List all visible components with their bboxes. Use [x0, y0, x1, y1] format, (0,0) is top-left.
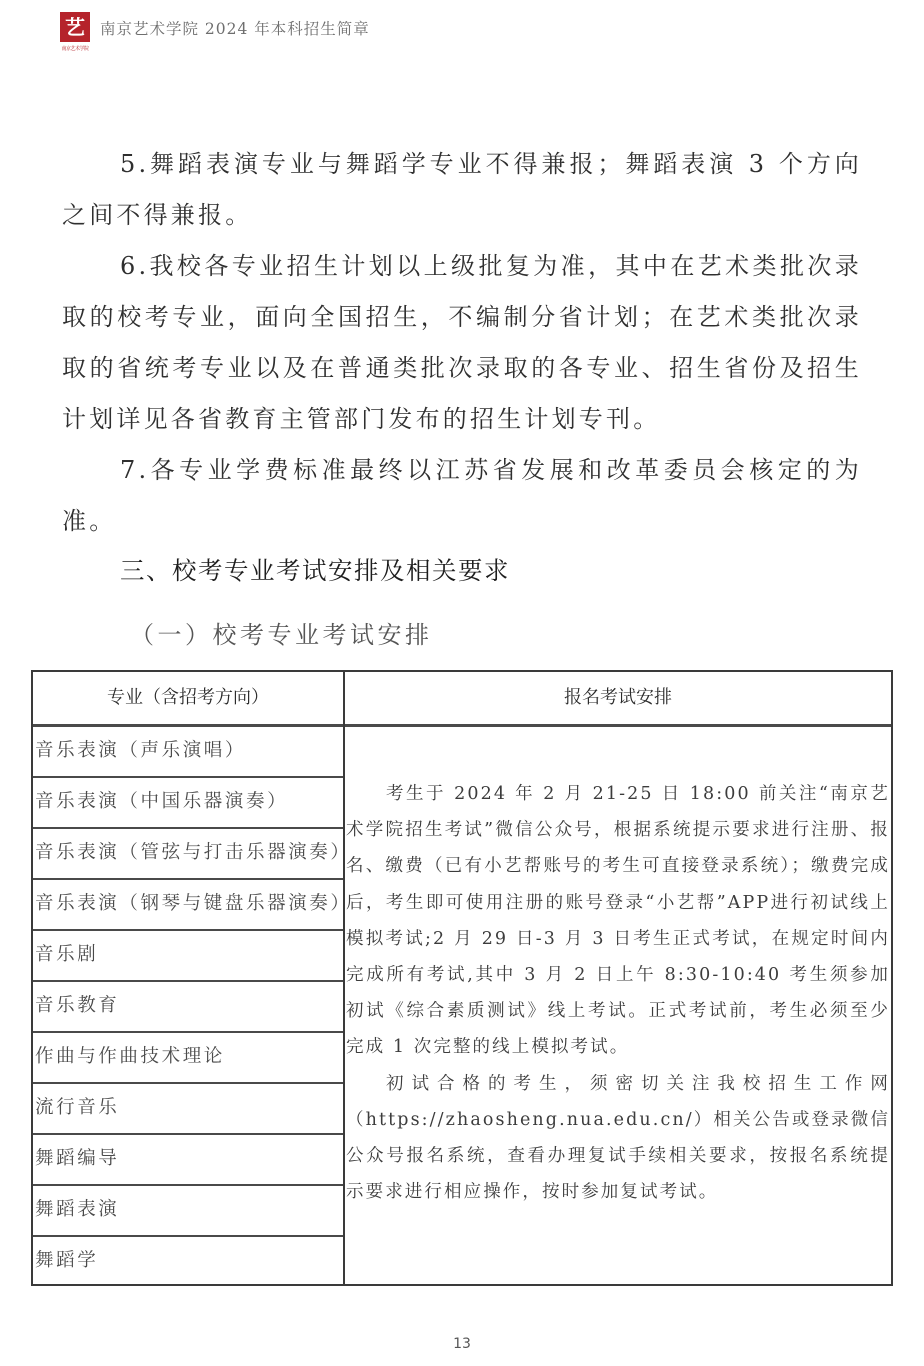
university-logo: 艺 南京艺术学院	[58, 12, 92, 54]
table-row: 音乐表演（管弦与打击乐器演奏）	[33, 829, 343, 880]
section-heading: 三、校考专业考试安排及相关要求	[120, 547, 510, 595]
exam-arrangement-cell: 考生于 2024 年 2 月 21-25 日 18:00 前关注“南京艺术学院招…	[346, 776, 890, 1210]
logo-caption: 南京艺术学院	[58, 45, 92, 53]
table-row: 音乐表演（声乐演唱）	[33, 727, 343, 778]
page-header: 艺 南京艺术学院 南京艺术学院 2024 年本科招生简章	[58, 12, 370, 54]
column-header-arrangement: 报名考试安排	[345, 672, 891, 724]
table-header-row: 专业（含招考方向） 报名考试安排	[33, 672, 891, 727]
arrangement-paragraph-registration: 考生于 2024 年 2 月 21-25 日 18:00 前关注“南京艺术学院招…	[346, 776, 890, 1066]
table-row: 作曲与作曲技术理论	[33, 1033, 343, 1084]
page-number: 13	[0, 1336, 924, 1352]
table-row: 舞蹈编导	[33, 1135, 343, 1186]
table-row: 音乐表演（中国乐器演奏）	[33, 778, 343, 829]
exam-schedule-table: 专业（含招考方向） 报名考试安排 音乐表演（声乐演唱） 音乐表演（中国乐器演奏）…	[31, 670, 893, 1286]
column-divider	[343, 672, 345, 1284]
paragraph-item-6: 6.我校各专业招生计划以上级批复为准，其中在艺术类批次录取的校考专业，面向全国招…	[62, 241, 862, 445]
table-row: 音乐表演（钢琴与键盘乐器演奏）	[33, 880, 343, 931]
arrangement-paragraph-retest: 初试合格的考生，须密切关注我校招生工作网（https://zhaosheng.n…	[346, 1066, 890, 1211]
paragraph-item-5: 5.舞蹈表演专业与舞蹈学专业不得兼报；舞蹈表演 3 个方向之间不得兼报。	[62, 139, 862, 241]
table-row: 音乐剧	[33, 931, 343, 982]
logo-seal-icon: 艺	[60, 12, 90, 42]
document-title: 南京艺术学院 2024 年本科招生简章	[100, 17, 370, 39]
table-row: 舞蹈表演	[33, 1186, 343, 1237]
column-header-major: 专业（含招考方向）	[33, 672, 343, 724]
major-list: 音乐表演（声乐演唱） 音乐表演（中国乐器演奏） 音乐表演（管弦与打击乐器演奏） …	[33, 727, 343, 1288]
table-row: 流行音乐	[33, 1084, 343, 1135]
paragraph-item-7: 7.各专业学费标准最终以江苏省发展和改革委员会核定的为准。	[62, 445, 862, 547]
table-row: 舞蹈学	[33, 1237, 343, 1288]
sub-heading: （一）校考专业考试安排	[130, 612, 433, 658]
logo-glyph: 艺	[65, 15, 85, 39]
table-row: 音乐教育	[33, 982, 343, 1033]
